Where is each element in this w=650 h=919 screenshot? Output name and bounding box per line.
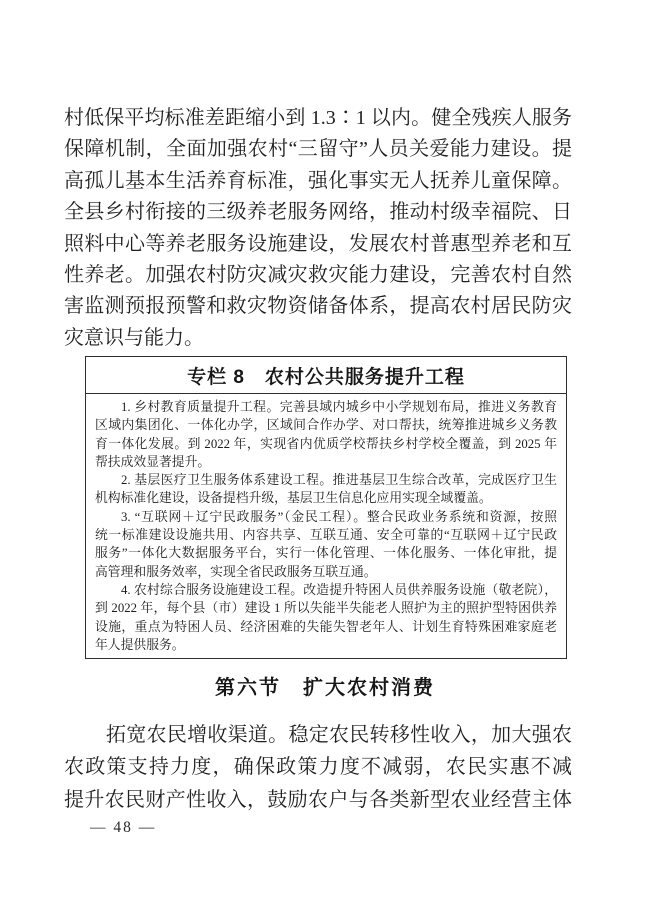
text-line: 全县乡村衔接的三级养老服务网络，推动村级幸福院、日间 <box>64 197 572 228</box>
panel-item-4: 4. 农村综合服务设施建设工程。改造提升特困人员供养服务设施（敬老院）， 到 2… <box>95 581 557 654</box>
text-line: 区域内集团化、一体化办学，区域间合作办学、对口帮扶，统筹推进城乡义务教 <box>95 416 557 434</box>
body-paragraph-1: 村低保平均标准差距缩小到 1.3∶1 以内。健全残疾人服务 保障机制，全面加强农… <box>64 103 572 354</box>
panel-item-2: 2. 基层医疗卫生服务体系建设工程。推进基层卫生综合改革，完成医疗卫生 机构标准… <box>95 471 557 508</box>
text-line: 保障机制，全面加强农村“三留守”人员关爱能力建设。提 <box>64 134 572 165</box>
text-line: 机构标准化建设，设备提档升级，基层卫生信息化应用实现全域覆盖。 <box>95 489 557 507</box>
text-line: 农政策支持力度，确保政策力度不减弱，农民实惠不减少。 <box>64 751 572 783</box>
text-line: 灾意识与能力。 <box>64 323 572 354</box>
document-page: 村低保平均标准差距缩小到 1.3∶1 以内。健全残疾人服务 保障机制，全面加强农… <box>0 0 650 919</box>
text-line: 害监测预报预警和救灾物资储备体系，提高农村居民防灾减 <box>64 291 572 322</box>
text-line: 村低保平均标准差距缩小到 1.3∶1 以内。健全残疾人服务 <box>64 103 572 134</box>
panel-item-3: 3. “互联网＋辽宁民政服务”（金民工程）。整合民政业务系统和资源，按照 统一标… <box>95 508 557 581</box>
panel-title: 专栏 8 农村公共服务提升工程 <box>86 357 566 394</box>
page-number: — 48 — <box>90 819 156 837</box>
text-line: 提升农民财产性收入，鼓励农户与各类新型农业经营主体构 <box>64 784 572 816</box>
text-line: 年人提供服务。 <box>95 636 557 654</box>
text-line: 高孤儿基本生活养育标准，强化事实无人抚养儿童保障。健 <box>64 166 572 197</box>
column-panel-8: 专栏 8 农村公共服务提升工程 1. 乡村教育质量提升工程。完善县域内城乡中小学… <box>85 356 567 659</box>
text-line: 高管理和服务效率，实现全省民政服务互联互通。 <box>95 563 557 581</box>
text-line: 育一体化发展。到 2022 年，实现省内优质学校帮扶乡村学校全覆盖，到 2025… <box>95 435 557 453</box>
text-line: 3. “互联网＋辽宁民政服务”（金民工程）。整合民政业务系统和资源，按照 <box>95 508 557 526</box>
section-heading: 第六节 扩大农村消费 <box>0 671 650 700</box>
text-line: 拓宽农民增收渠道。稳定农民转移性收入，加大强农惠 <box>64 719 572 751</box>
text-line: 帮扶成效显著提升。 <box>95 453 557 471</box>
text-line: 1. 乡村教育质量提升工程。完善县域内城乡中小学规划布局，推进义务教育 <box>95 398 557 416</box>
text-line: 2. 基层医疗卫生服务体系建设工程。推进基层卫生综合改革，完成医疗卫生 <box>95 471 557 489</box>
text-line: 到 2022 年，每个县（市）建设 1 所以失能半失能老人照护为主的照护型特困供… <box>95 599 557 617</box>
text-line: 性养老。加强农村防灾减灾救灾能力建设，完善农村自然灾 <box>64 260 572 291</box>
text-line: 统一标准建设设施共用、内容共享、互联互通、安全可靠的“互联网＋辽宁民政 <box>95 526 557 544</box>
panel-body: 1. 乡村教育质量提升工程。完善县域内城乡中小学规划布局，推进义务教育 区域内集… <box>86 394 566 654</box>
text-line: 服务”一体化大数据服务平台，实行一体化管理、一体化服务、一体化审批，提 <box>95 544 557 562</box>
body-paragraph-2: 拓宽农民增收渠道。稳定农民转移性收入，加大强农惠 农政策支持力度，确保政策力度不… <box>64 719 572 816</box>
text-line: 照料中心等养老服务设施建设，发展农村普惠型养老和互助 <box>64 229 572 260</box>
panel-item-1: 1. 乡村教育质量提升工程。完善县域内城乡中小学规划布局，推进义务教育 区域内集… <box>95 398 557 471</box>
text-line: 设施，重点为特困人员、经济困难的失能失智老年人、计划生育特殊困难家庭老 <box>95 618 557 636</box>
text-line: 4. 农村综合服务设施建设工程。改造提升特困人员供养服务设施（敬老院）， <box>95 581 557 599</box>
